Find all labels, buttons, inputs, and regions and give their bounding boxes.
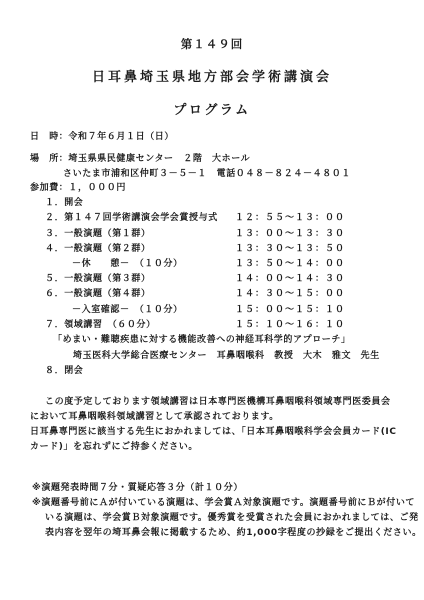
- program-item-time: １３：３０～１３：５０: [235, 241, 345, 254]
- program-item-session4: ６．一般演題（第４群） １４：３０～１５：００: [0, 286, 424, 299]
- program-item-entry-check: －入室確認－ （１０分） １５：００～１５：１０: [0, 302, 424, 315]
- footnote-line: ※演題発表時間７分・質疑応答３分（計１０分）: [32, 480, 243, 493]
- notice-line: カード)」を忘れずにご持参ください。: [30, 439, 198, 452]
- program-item-time: １５：１０～１６：１０: [235, 317, 345, 330]
- document-page: 第１４９回 日耳鼻埼玉県地方部会学術講演会 プログラム 日 時：令和７年６月１日…: [0, 0, 424, 600]
- program-item-time: １２：５５～１３：００: [235, 210, 345, 223]
- footnote-line: 表内容を翌年の埼耳鼻会報に掲載するため、約1,000字程度の抄録をご提出ください…: [45, 525, 422, 538]
- program-item-session3: ５．一般演題（第３群） １４：００～１４：３０: [0, 271, 424, 284]
- program-item-label: ５．一般演題（第３群）: [45, 271, 151, 284]
- event-venue: 場 所：埼玉県県民健康センター ２階 大ホール: [30, 151, 250, 164]
- program-item-closing: ８．閉会: [0, 363, 424, 376]
- program-item-time: １５：００～１５：１０: [235, 302, 345, 315]
- program-item-time: １３：５０～１４：００: [235, 256, 345, 269]
- event-address: さいたま市浦和区仲町３－５－１ 電話０４８－８２４－４８０１: [63, 166, 351, 179]
- program-item-opening: １．開会: [0, 195, 424, 208]
- footnote-line: ※演題番号前にＡが付いている演題は、学会賞Ａ対象演題です。演題番号前にＢが付いて: [32, 495, 415, 508]
- program-item-session2: ４．一般演題（第２群） １３：３０～１３：５０: [0, 241, 424, 254]
- program-item-label: ７．領域講習 （６０分）: [45, 317, 156, 330]
- lecture-speaker-row: 埼玉医科大学総合医療センター 耳鼻咽喉科 教授 大木 雅文 先生: [0, 348, 424, 361]
- notice-line: 日耳鼻専門医に該当する先生におかれましては、「日本耳鼻咽喉科学会会員カード(IC: [30, 424, 397, 437]
- lecture-title-row: 「めまい・難聴疾患に対する機能改善への神経耳科学的アプローチ」: [0, 332, 424, 345]
- program-item-label: －入室確認－ （１０分）: [72, 302, 183, 315]
- notice-line: において耳鼻咽喉科領域講習として承認されております。: [30, 409, 279, 422]
- program-item-time: １４：３０～１５：００: [235, 286, 345, 299]
- notice-line: この度予定しております領域講習は日本専門医機構耳鼻咽喉科領域専門医委員会: [45, 394, 391, 407]
- program-item-label: ８．閉会: [45, 363, 83, 376]
- program-item-time: １４：００～１４：３０: [235, 271, 345, 284]
- organization-title: 日耳鼻埼玉県地方部会学術講演会: [0, 66, 424, 85]
- program-item-time: １３：００～１３：３０: [235, 226, 345, 239]
- program-item-session1: ３．一般演題（第１群） １３：００～１３：３０: [0, 226, 424, 239]
- program-item-award-ceremony: ２．第１４７回学術講演会学会賞授与式 １２：５５～１３：００: [0, 210, 424, 223]
- program-item-label: １．開会: [45, 195, 83, 208]
- session-number: 第１４９回: [0, 36, 424, 52]
- program-item-label: ６．一般演題（第４群）: [45, 286, 151, 299]
- program-item-break: －休 憩－ （１０分） １３：５０～１４：００: [0, 256, 424, 269]
- event-fee: 参加費：１，０００円: [30, 180, 126, 193]
- program-item-label: ３．一般演題（第１群）: [45, 226, 151, 239]
- program-item-label: －休 憩－ （１０分）: [72, 256, 183, 269]
- lecture-speaker: 埼玉医科大学総合医療センター 耳鼻咽喉科 教授 大木 雅文 先生: [73, 348, 380, 361]
- document-type-title: プログラム: [0, 99, 424, 118]
- lecture-title: 「めまい・難聴疾患に対する機能改善への神経耳科学的アプローチ」: [53, 332, 351, 345]
- program-item-label: ２．第１４７回学術講演会学会賞授与式: [45, 210, 218, 223]
- event-datetime: 日 時：令和７年６月１日（日）: [30, 129, 174, 142]
- footnote-line: いる演題は、学会賞Ｂ対象演題です。優秀賞を受賞された会員におかれましては、ご発: [45, 510, 419, 523]
- program-item-field-lecture: ７．領域講習 （６０分） １５：１０～１６：１０: [0, 317, 424, 330]
- program-item-label: ４．一般演題（第２群）: [45, 241, 151, 254]
